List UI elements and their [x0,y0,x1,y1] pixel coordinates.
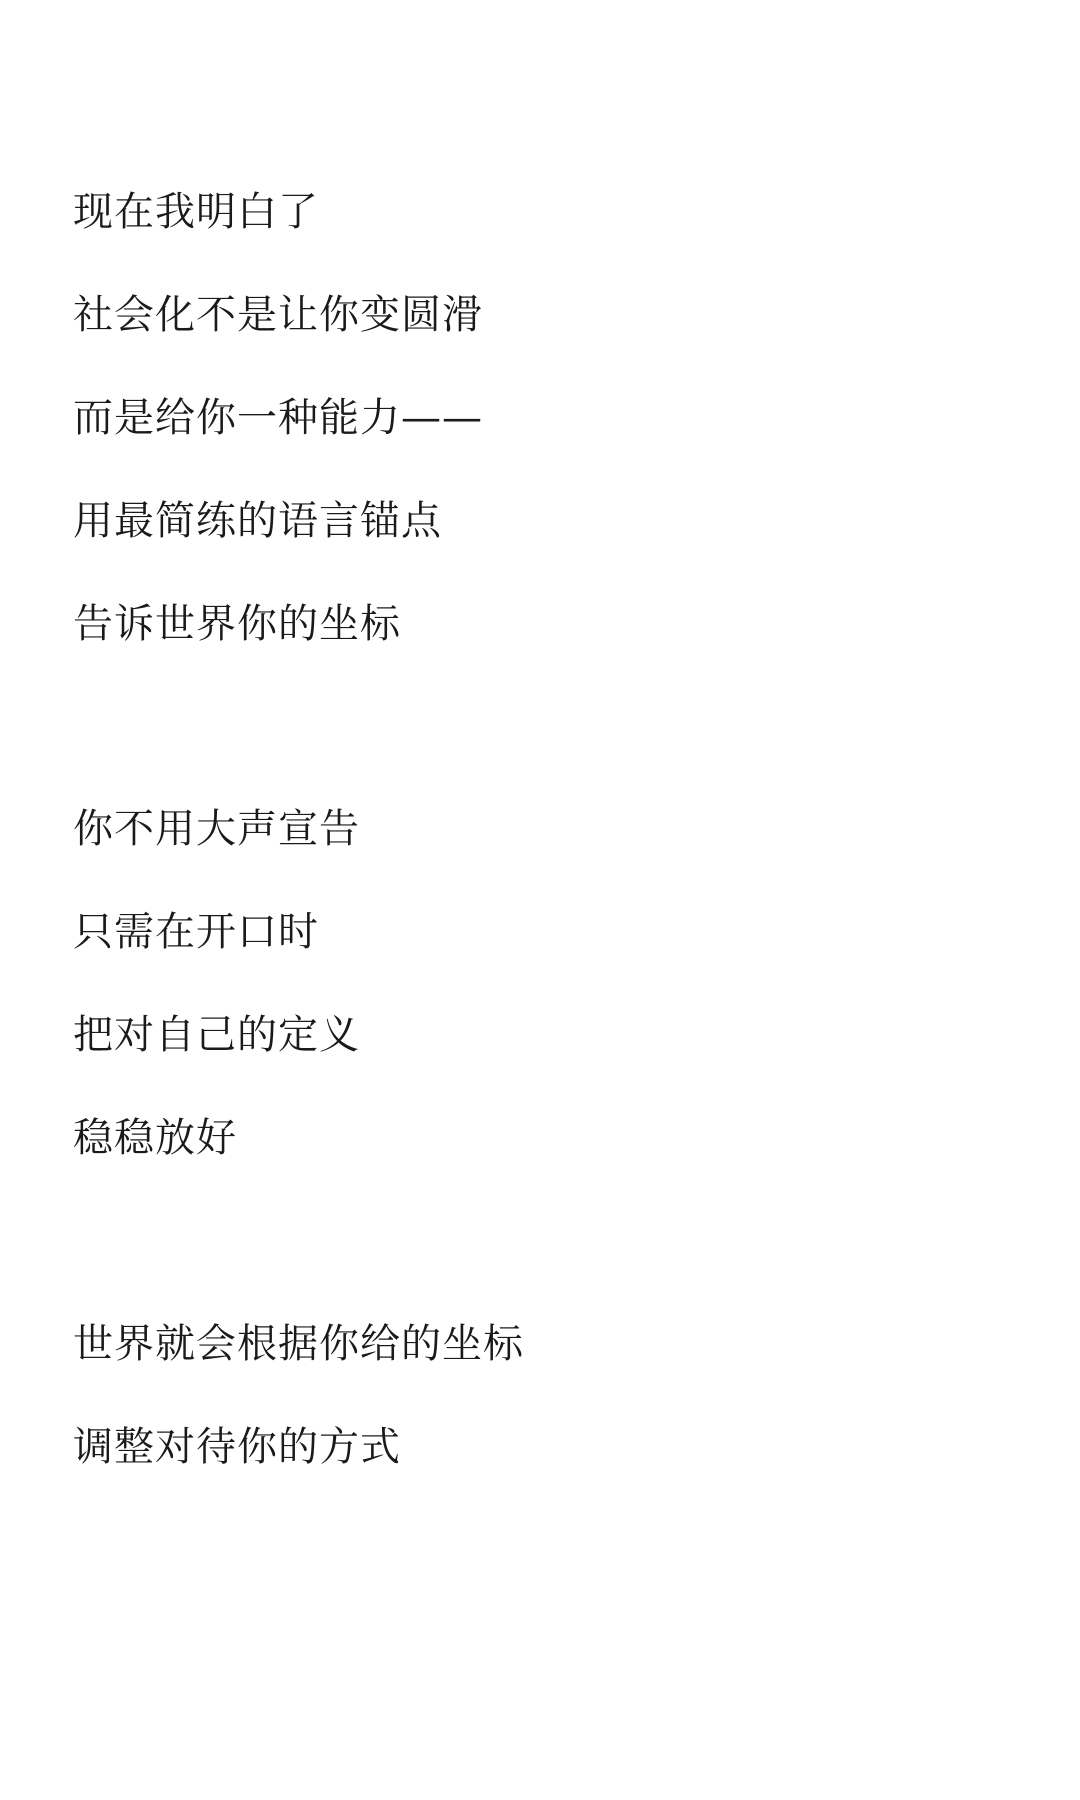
poem-line: 告诉世界你的坐标 [73,600,401,648]
poem-line: 把对自己的定义 [73,1011,360,1059]
poem-line: 调整对待你的方式 [73,1423,401,1471]
poem-line: 社会化不是让你变圆滑 [73,291,483,339]
poem-line: 你不用大声宣告 [73,805,360,853]
poem-line: 稳稳放好 [73,1114,237,1162]
poem-line: 而是给你一种能力—— [73,394,483,442]
poem-line: 现在我明白了 [73,188,319,236]
poem-line: 世界就会根据你给的坐标 [73,1320,524,1368]
poem-line: 用最简练的语言锚点 [73,497,442,545]
poem-line: 只需在开口时 [73,908,319,956]
